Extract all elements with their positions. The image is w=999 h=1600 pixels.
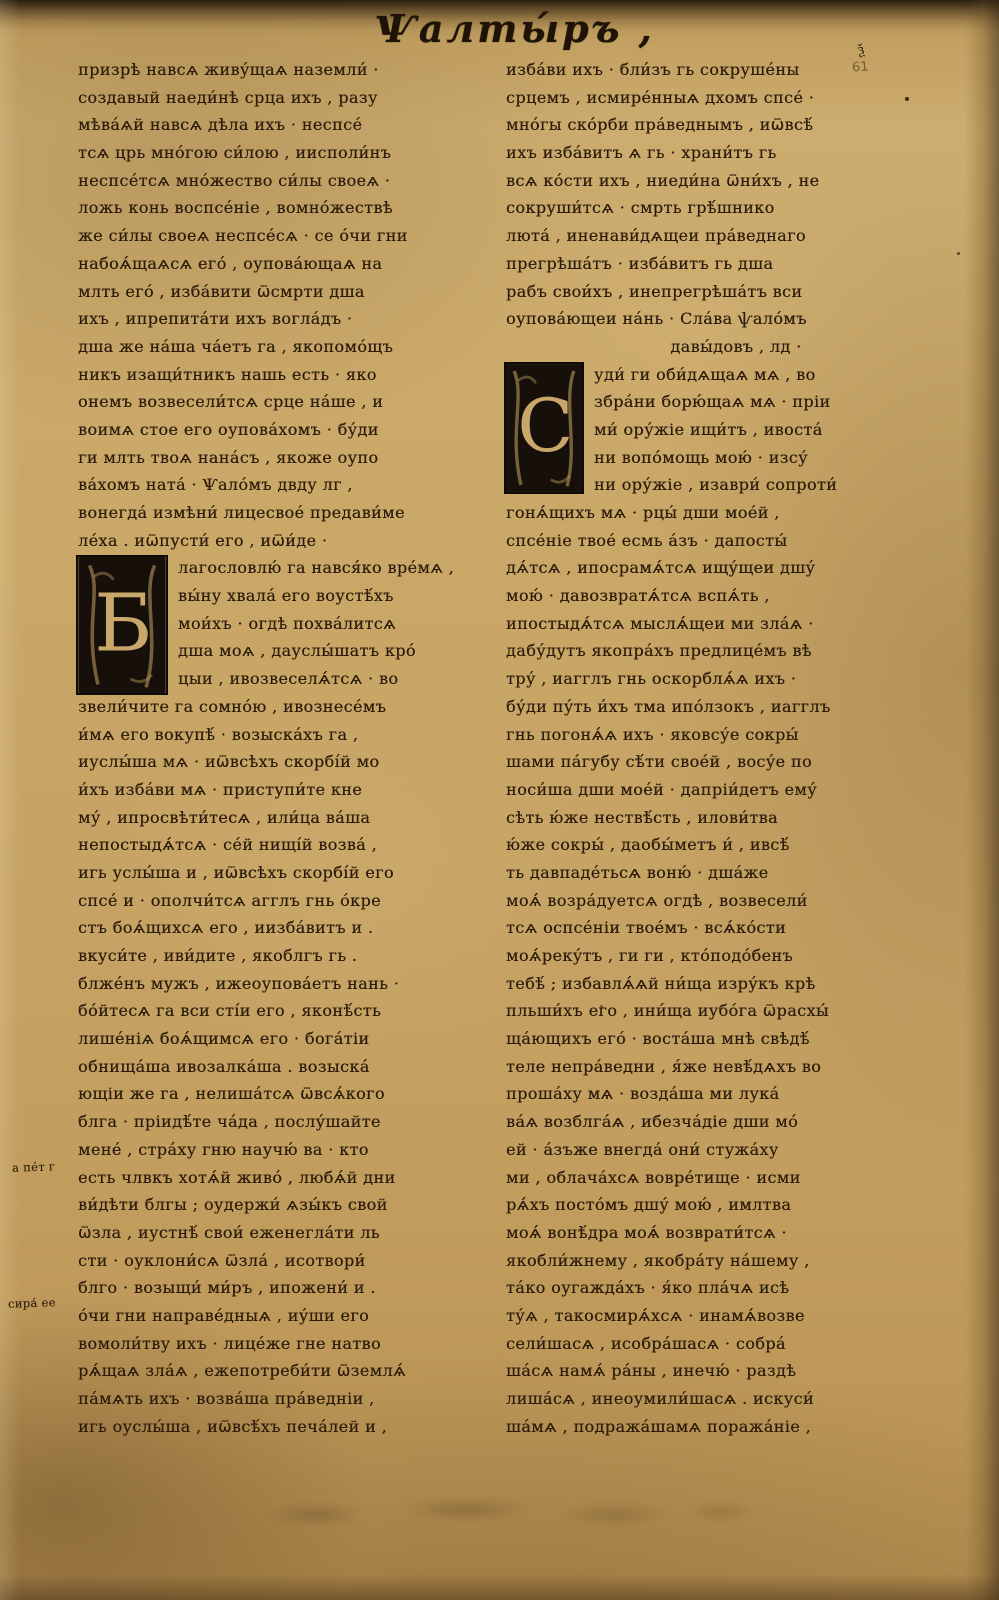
text-line: па́мѧть ихъ · возва́ша пра́ведніи ,: [78, 1385, 500, 1413]
text-line: набоѧ́щаѧсѧ его́ , оупова́ющаѧ на: [78, 250, 500, 278]
text-line: блго · возыщи́ ми́ръ , ипожени́ и .: [78, 1274, 500, 1302]
text-line: проша́ху мѧ · возда́ша ми лука́: [506, 1080, 966, 1108]
text-line: рабъ свои́хъ , инепрегрѣша́тъ вси: [506, 278, 966, 306]
text-line: та́ко оугажда́хъ · я́ко пла́чѧ исѣ: [506, 1274, 966, 1302]
page-title: Ѱалты́ръ ,: [0, 6, 999, 51]
text-line: ви́дѣти блгы ; оудержи́ ѧзы́къ свой: [78, 1191, 500, 1219]
text-line: вонегда́ измѣни́ лицесвое́ предави́ме: [78, 499, 500, 527]
text-line: моѧ́ возра́дуетсѧ огдѣ , возвесели́: [506, 887, 966, 915]
text-line: дабу́дутъ якопра́хъ предлице́мъ вѣ: [506, 637, 966, 665]
left-column-upper-lines: призрѣ навсѧ живу́щаѧ наземли́ ·создавый…: [78, 56, 500, 554]
svg-text:С: С: [517, 384, 573, 469]
woodcut-initial-S-art: С: [506, 364, 582, 492]
text-line: призрѣ навсѧ живу́щаѧ наземли́ ·: [78, 56, 500, 84]
text-line: люта́ , иненави́дѧщеи пра́веднаго: [506, 222, 966, 250]
text-line: вкуси́те , иви́дите , якоблгъ гь .: [78, 942, 500, 970]
text-line: носи́ша дши мое́й · дапріи́детъ ему́: [506, 776, 966, 804]
left-text-column: призрѣ навсѧ живу́щаѧ наземли́ ·создавый…: [78, 56, 500, 1440]
left-initial-indented-lines: лагословлю́ га нався́ко вре́мѧ ,вы́ну хв…: [178, 554, 500, 692]
text-line: ѿзла , иустнѣ́ свои́ еженегла́ти ль: [78, 1219, 500, 1247]
text-line: ипостыдѧ́тсѧ мыслѧ́щеи ми зла́ѧ ·: [506, 610, 966, 638]
text-line: млть его́ , изба́вити ѿсмрти дша: [78, 278, 500, 306]
text-line: прегрѣша́тъ · изба́витъ гь дша: [506, 250, 966, 278]
text-line: вы́ну хвала́ его воустѣ́хъ: [178, 582, 500, 610]
text-line: мою́ · давозвратѧ́тсѧ вспѧ́ть ,: [506, 582, 966, 610]
page-right-shadow: [965, 0, 999, 1600]
text-line: непостыдѧ́тсѧ · се́й нищі́й возва́ ,: [78, 831, 500, 859]
text-line: ихъ , ипрепита́ти ихъ вогла́дъ ·: [78, 305, 500, 333]
text-line: неспсе́тсѧ мно́жество си́лы своеѧ ·: [78, 167, 500, 195]
text-line: моѧ́реку́тъ , ги ги , кто́подо́бенъ: [506, 942, 966, 970]
text-line: срцемъ , исмире́нныѧ дхомъ спсе́ ·: [506, 84, 966, 112]
text-line: ша́мѧ , подража́шамѧ поража́ніе ,: [506, 1413, 966, 1441]
text-line: ющіи же га , нелиша́тсѧ ѿвсѧ́кого: [78, 1080, 500, 1108]
text-line: сокруши́тсѧ · смрть грѣ́шнико: [506, 194, 966, 222]
text-line: гнь погонѧ́ѧ ихъ · яковсу́е сокры́: [506, 721, 966, 749]
text-line: ть давпаде́тьсѧ воню́ · дша́же: [506, 859, 966, 887]
right-text-column: изба́ви ихъ · бли́зъ гь сокруше́нысрцемъ…: [506, 56, 966, 1440]
text-line: стъ боѧ́щихсѧ его , иизба́витъ и .: [78, 914, 500, 942]
text-line: рѧ́щаѧ зла́ѧ , ежепотреби́ти ѿземлѧ́: [78, 1357, 500, 1385]
text-line: бо́йтесѧ га вси сті́и его , яконѣ́сть: [78, 997, 500, 1025]
text-line: тебѣ́ ; избавлѧ́ѧй ни́ща изру́къ крѣ: [506, 970, 966, 998]
text-line: гонѧ́щихъ мѧ · рцы́ дши мое́й ,: [506, 499, 966, 527]
text-line: ги млть твоѧ нана́съ , якоже оупо: [78, 444, 500, 472]
text-line: бу́ди пу́ть и́хъ тма ипо́лзокъ , иагглъ: [506, 693, 966, 721]
text-line: онемъ возвесели́тсѧ срце на́ше , и: [78, 388, 500, 416]
right-initial-row: С уди́ ги оби́дѧщаѧ мѧ , возбра́ни борю́…: [506, 361, 966, 499]
text-line: мно́гы ско́рби пра́веднымъ , иѿвсѣ́: [506, 111, 966, 139]
left-initial-row: Б лагословлю́ га нався́ко вре́мѧ ,вы́ну …: [78, 554, 500, 692]
ink-bleed-through-stain: [255, 1486, 755, 1538]
text-line: ложь конь воспсе́ніе , вомно́жествѣ: [78, 194, 500, 222]
text-line: дша моѧ , дауслы́шатъ кро́: [178, 637, 500, 665]
text-line: обнища́ша ивозалка́ша . возыска́: [78, 1053, 500, 1081]
text-line: игь услы́ша и , иѿвсѣхъ скорбі́й его: [78, 859, 500, 887]
margin-reference-note-1: а пе́т г: [12, 1159, 56, 1174]
text-line: всѧ ко́сти ихъ , ниеди́на ѿни́хъ , не: [506, 167, 966, 195]
text-line: лагословлю́ га нався́ко вре́мѧ ,: [178, 554, 500, 582]
text-line: и́мѧ его вокупѣ́ · возыска́хъ га ,: [78, 721, 500, 749]
text-line: ми́ ору́жіе ищи́тъ , ивоста́: [594, 416, 966, 444]
svg-text:Б: Б: [94, 577, 152, 670]
right-initial-indented-lines: уди́ ги оби́дѧщаѧ мѧ , возбра́ни борю́ща…: [594, 361, 966, 499]
text-line: лиша́сѧ , инеоумили́шасѧ . искуси́: [506, 1385, 966, 1413]
text-line: сели́шасѧ , исобра́шасѧ · собра́: [506, 1330, 966, 1358]
psalter-page-scan: Ѱалты́ръ , ѯ 61 призрѣ навсѧ живу́щаѧ на…: [0, 0, 999, 1600]
text-line: тсѧ оспсе́ніи твое́мъ · всѧ́ко́сти: [506, 914, 966, 942]
text-line: шами па́губу сѣ́ти свое́й , восу́е по: [506, 748, 966, 776]
text-line: сти · оуклони́сѧ ѿзла́ , исотвори́: [78, 1247, 500, 1275]
text-line: же си́лы своеѧ неспсе́сѧ · се о́чи гни: [78, 222, 500, 250]
ink-speck: [600, 1005, 603, 1008]
text-line: ми , облача́хсѧ вовре́тище · исми: [506, 1164, 966, 1192]
text-line: ле́ха . иѿпусти́ его , иѿи́де ·: [78, 527, 500, 555]
text-line: якобли́жнему , якобра́ту на́шему ,: [506, 1247, 966, 1275]
text-line: изба́ви ихъ · бли́зъ гь сокруше́ны: [506, 56, 966, 84]
text-line: ихъ изба́витъ ѧ гь · храни́тъ гь: [506, 139, 966, 167]
text-line: есть члвкъ хотѧ́й живо́ , любѧ́й дни: [78, 1164, 500, 1192]
ink-speck: [957, 252, 960, 255]
text-line: му́ , ипросвѣти́тесѧ , или́ца ва́ша: [78, 804, 500, 832]
text-line: сѣть ю́же нествѣ́сть , илови́тва: [506, 804, 966, 832]
psalm-heading-line: давы́довъ , лд ·: [506, 333, 966, 361]
text-line: теле непра́ведни , я́же невѣ́дѧхъ во: [506, 1053, 966, 1081]
text-line: дша же на́ша ча́етъ га , якопомо́щъ: [78, 333, 500, 361]
text-line: никъ изащи́тникъ нашь есть · яко: [78, 361, 500, 389]
text-line: ни вопо́мощь мою́ · изсу́: [594, 444, 966, 472]
text-line: о́чи гни направе́дныѧ , иу́ши его: [78, 1302, 500, 1330]
text-line: игь оуслы́ша , иѿвсѣ́хъ печа́лей и ,: [78, 1413, 500, 1441]
text-line: ща́ющихъ его́ · воста́ша мнѣ свѣдѣ́: [506, 1025, 966, 1053]
woodcut-initial-B: Б: [78, 557, 166, 693]
woodcut-initial-B-art: Б: [78, 557, 166, 693]
text-line: ни ору́жіе , изаври́ сопроти́: [594, 471, 966, 499]
text-line: тру́ , иагглъ гнь оскорблѧ́ѧ ихъ ·: [506, 665, 966, 693]
text-line: ей · а́зъже внегда́ они́ стужа́ху: [506, 1136, 966, 1164]
text-line: звели́чите га сомно́ю , ивознесе́мъ: [78, 693, 500, 721]
text-line: тсѧ црь мно́гою си́лою , иисполи́нъ: [78, 139, 500, 167]
text-line: блже́нъ мужъ , ижеоупова́етъ нань ·: [78, 970, 500, 998]
text-line: ту́ѧ , такосмирѧ́хсѧ · инамѧ́возве: [506, 1302, 966, 1330]
text-line: спсе́ и · ополчи́тсѧ агглъ гнь о́кре: [78, 887, 500, 915]
text-line: дѧ́тсѧ , ипосрамѧ́тсѧ ищу́щеи дшу́: [506, 554, 966, 582]
text-line: ва́ѧ возблга́ѧ , ибезча́діе дши мо́: [506, 1108, 966, 1136]
text-line: мои́хъ · огдѣ похва́литсѧ: [178, 610, 500, 638]
margin-reference-note-2: сира́ ее: [8, 1295, 56, 1311]
woodcut-initial-S: С: [506, 364, 582, 492]
text-line: ша́сѧ намѧ́ ра́ны , инечю́ · раздѣ: [506, 1357, 966, 1385]
text-line: ва́хомъ ната́ · Ѱало́мъ двду лг ,: [78, 471, 500, 499]
text-line: уди́ ги оби́дѧщаѧ мѧ , во: [594, 361, 966, 389]
text-line: рѧ́хъ посто́мъ дшу́ мою́ , имлтва: [506, 1191, 966, 1219]
text-line: блга · пріидѣ́те ча́да , послу́шайте: [78, 1108, 500, 1136]
text-line: мѣва́ѧй навсѧ дѣла ихъ · неспсе́: [78, 111, 500, 139]
page-left-highlight: [0, 0, 20, 1600]
text-line: моѧ́ вонѣ́дра моѧ́ возврати́тсѧ ·: [506, 1219, 966, 1247]
text-line: лише́ніѧ боѧ́щимсѧ его · бога́тіи: [78, 1025, 500, 1053]
ink-speck: [905, 97, 909, 101]
right-column-upper-lines: изба́ви ихъ · бли́зъ гь сокруше́нысрцемъ…: [506, 56, 966, 333]
text-line: мене́ , стра́ху гню научю́ ва · кто: [78, 1136, 500, 1164]
text-line: иуслы́ша мѧ · иѿвсѣхъ скорбі́й мо: [78, 748, 500, 776]
text-line: пльши́хъ его , ини́ща иубо́га ѿрасхы́: [506, 997, 966, 1025]
text-line: вомоли́тву ихъ · лице́же гне натво: [78, 1330, 500, 1358]
text-line: создавый наеди́нѣ срца ихъ , разу: [78, 84, 500, 112]
right-column-lower-lines: гонѧ́щихъ мѧ · рцы́ дши мое́й ,спсе́ніе …: [506, 499, 966, 1440]
left-column-lower-lines: звели́чите га сомно́ю , ивознесе́мъи́мѧ …: [78, 693, 500, 1441]
text-line: и́хъ изба́ви мѧ · приступи́те кне: [78, 776, 500, 804]
text-line: ю́же сокры́ , даобы́метъ и́ , ивсѣ́: [506, 831, 966, 859]
page-bottom-shadow: [0, 1574, 999, 1600]
text-line: воимѧ стое его оупова́хомъ · бу́ди: [78, 416, 500, 444]
text-line: спсе́ніе твое́ есмь а́зъ · дапосты́: [506, 527, 966, 555]
text-line: збра́ни борю́щаѧ мѧ · пріи: [594, 388, 966, 416]
text-line: цыи , ивозвеселѧ́тсѧ · во: [178, 665, 500, 693]
text-line: оупова́ющеи на́нь · Сла́ва ѱало́мъ: [506, 305, 966, 333]
